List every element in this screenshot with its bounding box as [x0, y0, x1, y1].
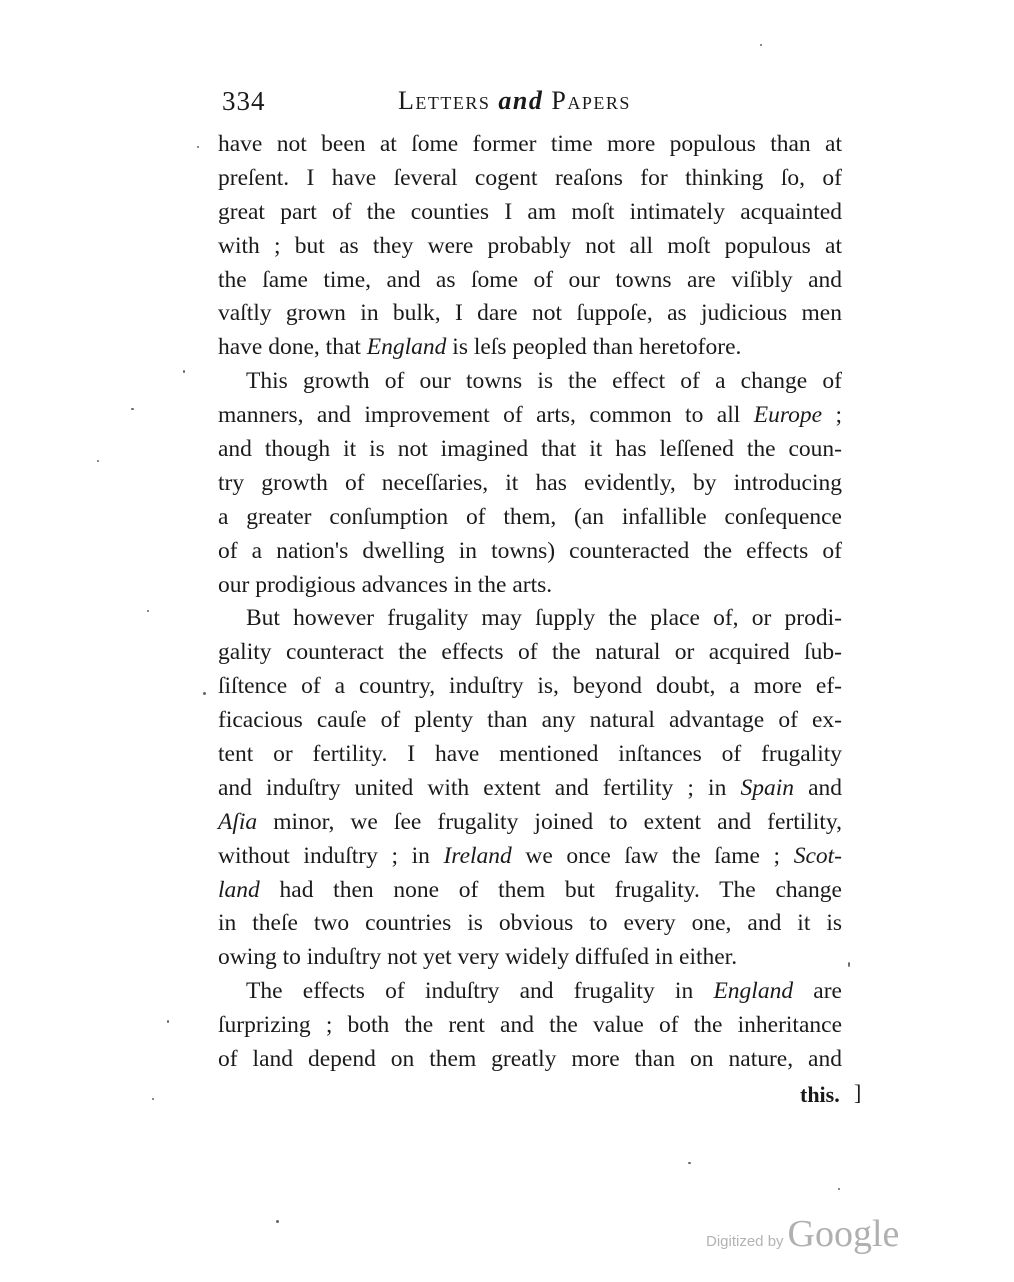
- text-span: we once ſaw the ſame ;: [512, 843, 794, 869]
- text-line: But however frugality may ſupply the pla…: [218, 602, 842, 636]
- google-logo: Google: [788, 1213, 900, 1255]
- text-line: try growth of neceſſaries, it has eviden…: [218, 467, 842, 501]
- scan-speck: [131, 408, 134, 410]
- italic-place-name: Spain: [740, 775, 794, 801]
- text-span: is leſs peopled than heretofore.: [446, 334, 741, 360]
- catchword: this.: [800, 1082, 840, 1108]
- text-line: without induſtry ; in Ireland we once ſa…: [218, 840, 842, 874]
- text-span: The effects of induſtry and frugality in: [246, 978, 713, 1004]
- scan-speck: [203, 692, 206, 695]
- text-line: ſiſtence of a country, induſtry is, beyo…: [218, 670, 842, 704]
- text-line: preſent. I have ſeveral cogent reaſons f…: [218, 162, 842, 196]
- text-line: and induſtry united with extent and fert…: [218, 772, 842, 806]
- digitized-by-google-watermark: Digitized by Google: [706, 1212, 899, 1256]
- scan-speck: [848, 962, 850, 967]
- text-line: great part of the counties I am moſt int…: [218, 196, 842, 230]
- text-line: and though it is not imagined that it ha…: [218, 433, 842, 467]
- text-line: of land depend on them greatly more than…: [218, 1043, 842, 1077]
- text-line: land had then none of them but frugality…: [218, 874, 842, 908]
- italic-place-name: England: [713, 978, 793, 1004]
- running-header: 334 Letters and Papers: [220, 86, 850, 126]
- text-line: ficacious cauſe of plenty than any natur…: [218, 704, 842, 738]
- text-span: are: [793, 978, 842, 1004]
- text-line: have done, that England is leſs peopled …: [218, 331, 842, 365]
- running-title-part1: Letters: [398, 86, 498, 115]
- text-line: owing to induſtry not yet very widely di…: [218, 941, 842, 975]
- scan-speck: [197, 146, 199, 148]
- scan-speck: [760, 44, 762, 46]
- page-number: 334: [222, 86, 266, 117]
- body-text: have not been at ſome former time more p…: [218, 128, 842, 1077]
- text-line: vaſtly grown in bulk, I dare not ſuppoſe…: [218, 297, 842, 331]
- italic-place-name: Europe: [754, 402, 822, 428]
- text-span: without induſtry ; in: [218, 843, 443, 869]
- scan-speck: [276, 1220, 279, 1223]
- bracket-mark: ]: [854, 1080, 861, 1106]
- text-line: gality counteract the effects of the nat…: [218, 636, 842, 670]
- italic-place-name: Ireland: [443, 843, 511, 869]
- italic-place-name: Scot-: [794, 843, 842, 869]
- text-span: manners, and improvement of arts, common…: [218, 402, 754, 428]
- italic-place-name: land: [218, 877, 260, 903]
- text-span: have done, that: [218, 334, 367, 360]
- running-title-part2: Papers: [543, 86, 630, 115]
- scan-speck: [147, 610, 149, 612]
- text-line: tent or fertility. I have mentioned inſt…: [218, 738, 842, 772]
- text-line: with ; but as they were probably not all…: [218, 230, 842, 264]
- text-line: the ſame time, and as ſome of our towns …: [218, 264, 842, 298]
- italic-place-name: Aſia: [218, 809, 257, 835]
- text-line: have not been at ſome former time more p…: [218, 128, 842, 162]
- text-line: manners, and improvement of arts, common…: [218, 399, 842, 433]
- text-line: This growth of our towns is the effect o…: [218, 365, 842, 399]
- running-title-italic: and: [498, 86, 543, 115]
- scan-speck: [183, 370, 185, 373]
- text-span: ;: [822, 402, 842, 428]
- text-line: in theſe two countries is obvious to eve…: [218, 907, 842, 941]
- text-line: Aſia minor, we ſee frugality joined to e…: [218, 806, 842, 840]
- text-line: our prodigious advances in the arts.: [218, 569, 842, 603]
- running-title: Letters and Papers: [398, 86, 631, 116]
- digitized-label: Digitized by: [706, 1233, 784, 1250]
- scanned-book-page: 334 Letters and Papers have not been at …: [0, 0, 1014, 1282]
- scan-speck: [838, 1188, 840, 1190]
- italic-place-name: England: [367, 334, 447, 360]
- scan-speck: [152, 1098, 154, 1100]
- text-line: of a nation's dwelling in towns) counter…: [218, 535, 842, 569]
- text-line: The effects of induſtry and frugality in…: [218, 975, 842, 1009]
- text-span: and induſtry united with extent and fert…: [218, 775, 740, 801]
- text-line: a greater conſumption of them, (an infal…: [218, 501, 842, 535]
- text-line: ſurprizing ; both the rent and the value…: [218, 1009, 842, 1043]
- text-span: had then none of them but frugality. The…: [260, 877, 842, 903]
- scan-speck: [97, 460, 99, 462]
- text-span: minor, we ſee frugality joined to extent…: [257, 809, 842, 835]
- scan-speck: [167, 1020, 169, 1023]
- text-span: and: [794, 775, 842, 801]
- scan-speck: [688, 1162, 691, 1164]
